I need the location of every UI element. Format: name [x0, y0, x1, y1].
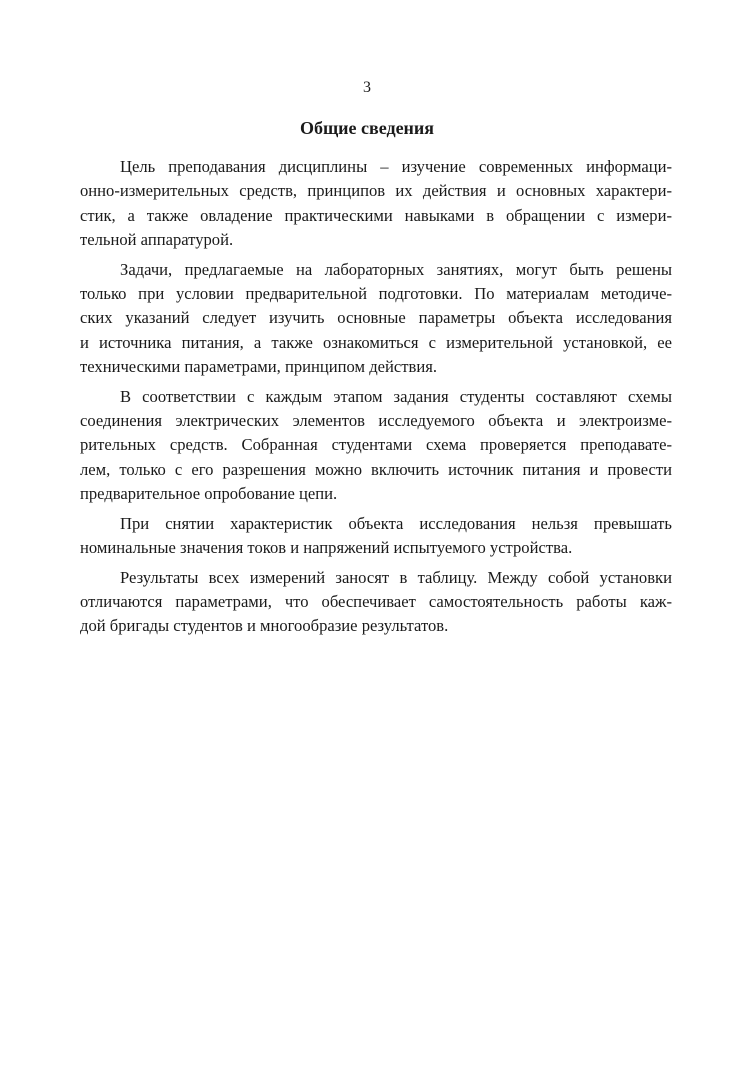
text-line: дой бригады студентов и многообразие рез… [80, 614, 672, 638]
paragraph-results: Результаты всех измерений заносят в табл… [80, 566, 672, 639]
page-number: 3 [0, 78, 734, 98]
text-line: соединения электрических элементов иссле… [80, 409, 672, 433]
text-line: Цель преподавания дисциплины – изучение … [80, 155, 672, 179]
text-line: Задачи, предлагаемые на лабораторных зан… [80, 258, 672, 282]
text-line: рительных средств. Собранная студентами … [80, 433, 672, 457]
section-title: Общие сведения [0, 116, 734, 140]
text-line: номинальные значения токов и напряжений … [80, 536, 672, 560]
document-body: Цель преподавания дисциплины – изучение … [80, 155, 672, 644]
text-line: только при условии предварительной подго… [80, 282, 672, 306]
text-line: ских указаний следует изучить основные п… [80, 306, 672, 330]
text-line: стик, а также овладение практическими на… [80, 204, 672, 228]
text-line: В соответствии с каждым этапом задания с… [80, 385, 672, 409]
text-line: онно-измерительных средств, принципов их… [80, 179, 672, 203]
paragraph-goal: Цель преподавания дисциплины – изучение … [80, 155, 672, 253]
paragraph-limits: При снятии характеристик объекта исследо… [80, 512, 672, 561]
text-line: При снятии характеристик объекта исследо… [80, 512, 672, 536]
text-line: отличаются параметрами, что обеспечивает… [80, 590, 672, 614]
paragraph-circuits: В соответствии с каждым этапом задания с… [80, 385, 672, 507]
text-line: техническими параметрами, принципом дейс… [80, 355, 672, 379]
paragraph-tasks: Задачи, предлагаемые на лабораторных зан… [80, 258, 672, 380]
text-line: лем, только с его разрешения можно включ… [80, 458, 672, 482]
text-line: предварительное опробование цепи. [80, 482, 672, 506]
text-line: Результаты всех измерений заносят в табл… [80, 566, 672, 590]
text-line: тельной аппаратурой. [80, 228, 672, 252]
document-page: 3 Общие сведения Цель преподавания дисци… [0, 0, 734, 1080]
text-line: и источника питания, а также ознакомитьс… [80, 331, 672, 355]
